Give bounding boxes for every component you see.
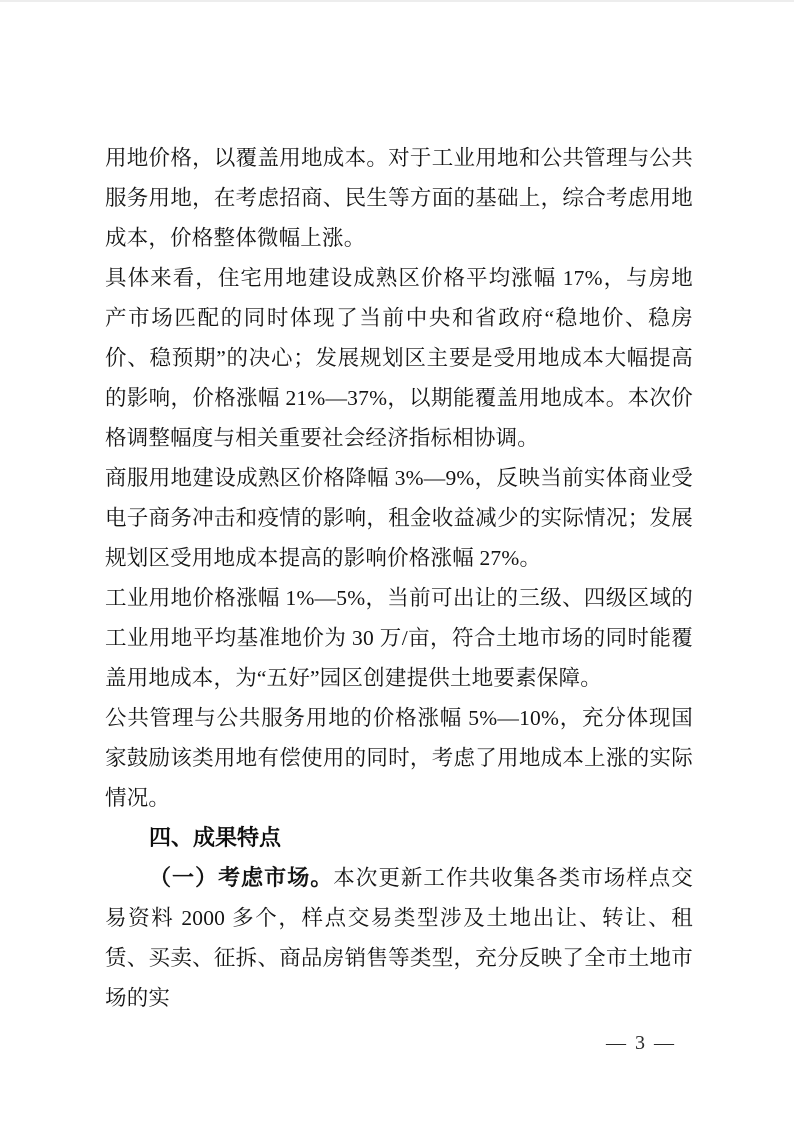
body-paragraph: 商服用地建设成熟区价格降幅 3%—9%，反映当前实体商业受电子商务冲击和疫情的影… — [105, 458, 693, 578]
page-top-edge — [0, 0, 794, 2]
page-content: 用地价格，以覆盖用地成本。对于工业用地和公共管理与公共服务用地，在考虑招商、民生… — [105, 138, 693, 1018]
body-paragraph: 用地价格，以覆盖用地成本。对于工业用地和公共管理与公共服务用地，在考虑招商、民生… — [105, 138, 693, 258]
subsection-lead: （一）考虑市场。 — [149, 865, 333, 890]
body-paragraph: 工业用地价格涨幅 1%—5%，当前可出让的三级、四级区域的工业用地平均基准地价为… — [105, 578, 693, 698]
section-heading: 四、成果特点 — [105, 818, 693, 858]
subsection-paragraph: （一）考虑市场。本次更新工作共收集各类市场样点交易资料 2000 多个，样点交易… — [105, 858, 693, 1018]
body-paragraph: 具体来看，住宅用地建设成熟区价格平均涨幅 17%，与房地产市场匹配的同时体现了当… — [105, 258, 693, 458]
document-page: 用地价格，以覆盖用地成本。对于工业用地和公共管理与公共服务用地，在考虑招商、民生… — [0, 0, 794, 1122]
body-paragraph: 公共管理与公共服务用地的价格涨幅 5%—10%，充分体现国家鼓励该类用地有偿使用… — [105, 698, 693, 818]
page-number: — 3 — — [606, 1027, 676, 1059]
